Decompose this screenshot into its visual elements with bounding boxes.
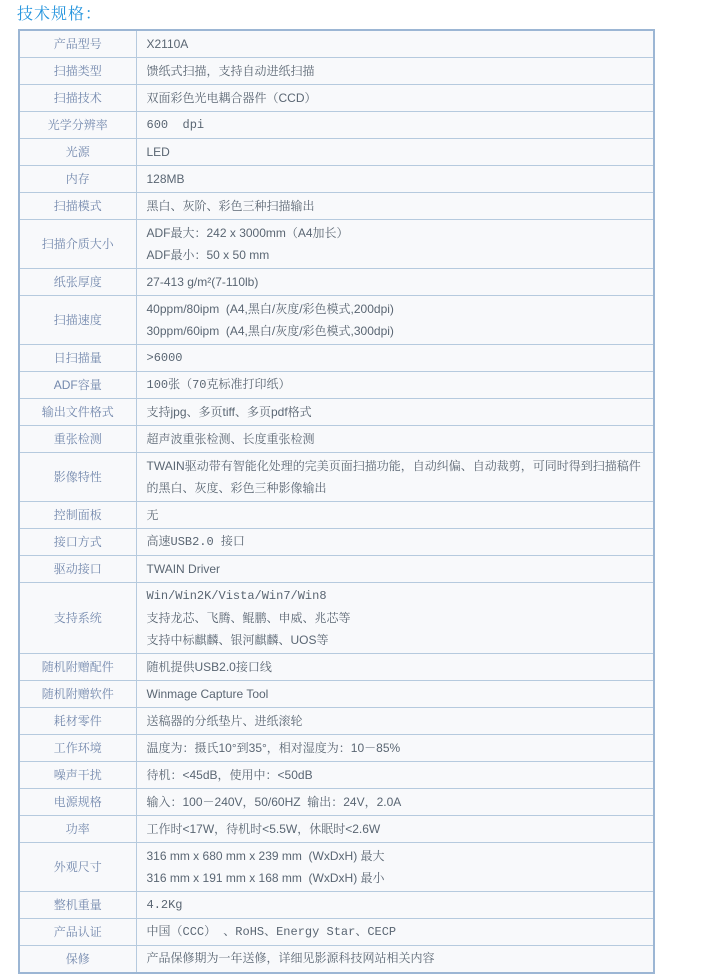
spec-value-line: 支持龙芯、飞腾、鲲鹏、申威、兆芯等 bbox=[147, 607, 644, 629]
spec-value: 双面彩色光电耦合器件（CCD） bbox=[136, 85, 654, 112]
spec-value: 600 dpi bbox=[136, 112, 654, 139]
spec-value-line: 温度为：摄氏10°到35°，相对湿度为：10－85% bbox=[147, 737, 644, 759]
spec-value-line: 无 bbox=[147, 504, 644, 526]
spec-value-line: 100张（70克标准打印纸） bbox=[147, 374, 644, 396]
spec-table: 产品型号X2110A扫描类型馈纸式扫描，支持自动进纸扫描扫描技术双面彩色光电耦合… bbox=[18, 29, 655, 974]
table-row: 电源规格输入：100－240V，50/60HZ 输出：24V，2.0A bbox=[19, 789, 654, 816]
spec-label: 扫描介质大小 bbox=[19, 220, 136, 269]
spec-value: 高速USB2.0 接口 bbox=[136, 529, 654, 556]
spec-value-line: 中国（CCC） 、RoHS、Energy Star、CECP bbox=[147, 921, 644, 943]
spec-value-line: 双面彩色光电耦合器件（CCD） bbox=[147, 87, 644, 109]
spec-value-line: 馈纸式扫描，支持自动进纸扫描 bbox=[147, 60, 644, 82]
table-row: 耗材零件送稿器的分纸垫片、进纸滚轮 bbox=[19, 708, 654, 735]
table-row: 扫描速度40ppm/80ipm (A4,黑白/灰度/彩色模式,200dpi)30… bbox=[19, 296, 654, 345]
spec-label: 整机重量 bbox=[19, 892, 136, 919]
spec-label: 噪声干扰 bbox=[19, 762, 136, 789]
spec-label: ADF容量 bbox=[19, 372, 136, 399]
table-row: ADF容量100张（70克标准打印纸） bbox=[19, 372, 654, 399]
spec-value-line: 工作时<17W，待机时<5.5W，休眠时<2.6W bbox=[147, 818, 644, 840]
spec-label: 产品认证 bbox=[19, 919, 136, 946]
spec-label: 支持系统 bbox=[19, 583, 136, 654]
spec-value: TWAIN Driver bbox=[136, 556, 654, 583]
spec-value-line: 超声波重张检测、长度重张检测 bbox=[147, 428, 644, 450]
spec-label: 扫描类型 bbox=[19, 58, 136, 85]
spec-value-line: ADF最大：242 x 3000mm（A4加长） bbox=[147, 222, 644, 244]
spec-value: Win/Win2K/Vista/Win7/Win8支持龙芯、飞腾、鲲鹏、申威、兆… bbox=[136, 583, 654, 654]
spec-value: 随机提供USB2.0接口线 bbox=[136, 654, 654, 681]
spec-value-line: 送稿器的分纸垫片、进纸滚轮 bbox=[147, 710, 644, 732]
spec-label: 扫描技术 bbox=[19, 85, 136, 112]
spec-value: 馈纸式扫描，支持自动进纸扫描 bbox=[136, 58, 654, 85]
table-row: 接口方式高速USB2.0 接口 bbox=[19, 529, 654, 556]
table-row: 扫描类型馈纸式扫描，支持自动进纸扫描 bbox=[19, 58, 654, 85]
spec-label: 控制面板 bbox=[19, 502, 136, 529]
spec-value: 4.2Kg bbox=[136, 892, 654, 919]
table-row: 随机附赠配件随机提供USB2.0接口线 bbox=[19, 654, 654, 681]
spec-value: 27-413 g/m²(7-110lb) bbox=[136, 269, 654, 296]
table-row: 功率工作时<17W，待机时<5.5W，休眠时<2.6W bbox=[19, 816, 654, 843]
spec-value: 128MB bbox=[136, 166, 654, 193]
spec-label: 内存 bbox=[19, 166, 136, 193]
spec-label: 电源规格 bbox=[19, 789, 136, 816]
spec-label: 重张检测 bbox=[19, 426, 136, 453]
spec-value: 送稿器的分纸垫片、进纸滚轮 bbox=[136, 708, 654, 735]
spec-value-line: Winmage Capture Tool bbox=[147, 683, 644, 705]
spec-label: 扫描速度 bbox=[19, 296, 136, 345]
table-row: 支持系统Win/Win2K/Vista/Win7/Win8支持龙芯、飞腾、鲲鹏、… bbox=[19, 583, 654, 654]
table-row: 输出文件格式支持jpg、多页tiff、多页pdf格式 bbox=[19, 399, 654, 426]
spec-label: 影像特性 bbox=[19, 453, 136, 502]
table-row: 扫描模式黑白、灰阶、彩色三种扫描输出 bbox=[19, 193, 654, 220]
spec-label: 产品型号 bbox=[19, 30, 136, 58]
spec-value-line: 高速USB2.0 接口 bbox=[147, 531, 644, 553]
spec-value: 黑白、灰阶、彩色三种扫描输出 bbox=[136, 193, 654, 220]
table-row: 驱动接口TWAIN Driver bbox=[19, 556, 654, 583]
spec-label: 纸张厚度 bbox=[19, 269, 136, 296]
table-row: 光学分辨率600 dpi bbox=[19, 112, 654, 139]
spec-label: 外观尺寸 bbox=[19, 843, 136, 892]
spec-label: 随机附赠配件 bbox=[19, 654, 136, 681]
spec-value-line: 产品保修期为一年送修，详细见影源科技网站相关内容 bbox=[147, 948, 644, 970]
spec-value: TWAIN驱动带有智能化处理的完美页面扫描功能，自动纠偏、自动裁剪，可同时得到扫… bbox=[136, 453, 654, 502]
spec-value: 温度为：摄氏10°到35°，相对湿度为：10－85% bbox=[136, 735, 654, 762]
spec-value: 支持jpg、多页tiff、多页pdf格式 bbox=[136, 399, 654, 426]
spec-value-line: 随机提供USB2.0接口线 bbox=[147, 656, 644, 678]
table-row: 控制面板无 bbox=[19, 502, 654, 529]
spec-value-line: 黑白、灰阶、彩色三种扫描输出 bbox=[147, 195, 644, 217]
spec-label: 保修 bbox=[19, 946, 136, 974]
table-row: 噪声干扰待机：<45dB，使用中：<50dB bbox=[19, 762, 654, 789]
page-title: 技术规格： bbox=[0, 0, 704, 29]
table-row: 保修产品保修期为一年送修，详细见影源科技网站相关内容 bbox=[19, 946, 654, 974]
table-row: 纸张厚度27-413 g/m²(7-110lb) bbox=[19, 269, 654, 296]
spec-value-line: 待机：<45dB，使用中：<50dB bbox=[147, 764, 644, 786]
spec-label: 光源 bbox=[19, 139, 136, 166]
spec-value-line: 输入：100－240V，50/60HZ 输出：24V，2.0A bbox=[147, 791, 644, 813]
table-row: 扫描介质大小ADF最大：242 x 3000mm（A4加长）ADF最小：50 x… bbox=[19, 220, 654, 269]
spec-value: 待机：<45dB，使用中：<50dB bbox=[136, 762, 654, 789]
table-row: 影像特性TWAIN驱动带有智能化处理的完美页面扫描功能，自动纠偏、自动裁剪，可同… bbox=[19, 453, 654, 502]
spec-value: Winmage Capture Tool bbox=[136, 681, 654, 708]
table-row: 外观尺寸316 mm x 680 mm x 239 mm (WxDxH) 最大3… bbox=[19, 843, 654, 892]
table-row: 整机重量4.2Kg bbox=[19, 892, 654, 919]
spec-value-line: 支持中标麒麟、银河麒麟、UOS等 bbox=[147, 629, 644, 651]
spec-value: LED bbox=[136, 139, 654, 166]
spec-value-line: 316 mm x 191 mm x 168 mm (WxDxH) 最小 bbox=[147, 867, 644, 889]
spec-label: 工作环境 bbox=[19, 735, 136, 762]
spec-value: 工作时<17W，待机时<5.5W，休眠时<2.6W bbox=[136, 816, 654, 843]
table-row: 随机附赠软件Winmage Capture Tool bbox=[19, 681, 654, 708]
spec-value: X2110A bbox=[136, 30, 654, 58]
table-row: 产品认证中国（CCC） 、RoHS、Energy Star、CECP bbox=[19, 919, 654, 946]
spec-value: 无 bbox=[136, 502, 654, 529]
table-row: 内存128MB bbox=[19, 166, 654, 193]
spec-label: 扫描模式 bbox=[19, 193, 136, 220]
spec-value-line: 40ppm/80ipm (A4,黑白/灰度/彩色模式,200dpi) bbox=[147, 298, 644, 320]
table-row: 光源LED bbox=[19, 139, 654, 166]
spec-page: 技术规格： 产品型号X2110A扫描类型馈纸式扫描，支持自动进纸扫描扫描技术双面… bbox=[0, 0, 704, 978]
table-row: 日扫描量>6000 bbox=[19, 345, 654, 372]
spec-label: 光学分辨率 bbox=[19, 112, 136, 139]
spec-label: 功率 bbox=[19, 816, 136, 843]
spec-label: 接口方式 bbox=[19, 529, 136, 556]
spec-value: 产品保修期为一年送修，详细见影源科技网站相关内容 bbox=[136, 946, 654, 974]
spec-value-line: ADF最小：50 x 50 mm bbox=[147, 244, 644, 266]
spec-label: 耗材零件 bbox=[19, 708, 136, 735]
spec-value-line: >6000 bbox=[147, 347, 644, 369]
table-row: 重张检测超声波重张检测、长度重张检测 bbox=[19, 426, 654, 453]
spec-label: 随机附赠软件 bbox=[19, 681, 136, 708]
spec-value-line: 30ppm/60ipm (A4,黑白/灰度/彩色模式,300dpi) bbox=[147, 320, 644, 342]
spec-label: 日扫描量 bbox=[19, 345, 136, 372]
spec-value: 输入：100－240V，50/60HZ 输出：24V，2.0A bbox=[136, 789, 654, 816]
table-row: 工作环境温度为：摄氏10°到35°，相对湿度为：10－85% bbox=[19, 735, 654, 762]
spec-value-line: 27-413 g/m²(7-110lb) bbox=[147, 271, 644, 293]
spec-value: 40ppm/80ipm (A4,黑白/灰度/彩色模式,200dpi)30ppm/… bbox=[136, 296, 654, 345]
spec-value-line: X2110A bbox=[147, 33, 644, 55]
spec-value: >6000 bbox=[136, 345, 654, 372]
spec-value-line: Win/Win2K/Vista/Win7/Win8 bbox=[147, 585, 644, 607]
spec-value-line: 128MB bbox=[147, 168, 644, 190]
spec-value-line: TWAIN驱动带有智能化处理的完美页面扫描功能，自动纠偏、自动裁剪，可同时得到扫… bbox=[147, 455, 644, 499]
spec-value: 100张（70克标准打印纸） bbox=[136, 372, 654, 399]
spec-value-line: 316 mm x 680 mm x 239 mm (WxDxH) 最大 bbox=[147, 845, 644, 867]
spec-value-line: 支持jpg、多页tiff、多页pdf格式 bbox=[147, 401, 644, 423]
spec-value-line: 4.2Kg bbox=[147, 894, 644, 916]
spec-value: 中国（CCC） 、RoHS、Energy Star、CECP bbox=[136, 919, 654, 946]
spec-value: ADF最大：242 x 3000mm（A4加长）ADF最小：50 x 50 mm bbox=[136, 220, 654, 269]
spec-label: 输出文件格式 bbox=[19, 399, 136, 426]
table-row: 产品型号X2110A bbox=[19, 30, 654, 58]
spec-value: 超声波重张检测、长度重张检测 bbox=[136, 426, 654, 453]
spec-value: 316 mm x 680 mm x 239 mm (WxDxH) 最大316 m… bbox=[136, 843, 654, 892]
table-row: 扫描技术双面彩色光电耦合器件（CCD） bbox=[19, 85, 654, 112]
spec-value-line: 600 dpi bbox=[147, 114, 644, 136]
spec-table-body: 产品型号X2110A扫描类型馈纸式扫描，支持自动进纸扫描扫描技术双面彩色光电耦合… bbox=[19, 30, 654, 973]
spec-label: 驱动接口 bbox=[19, 556, 136, 583]
spec-value-line: TWAIN Driver bbox=[147, 558, 644, 580]
spec-value-line: LED bbox=[147, 141, 644, 163]
